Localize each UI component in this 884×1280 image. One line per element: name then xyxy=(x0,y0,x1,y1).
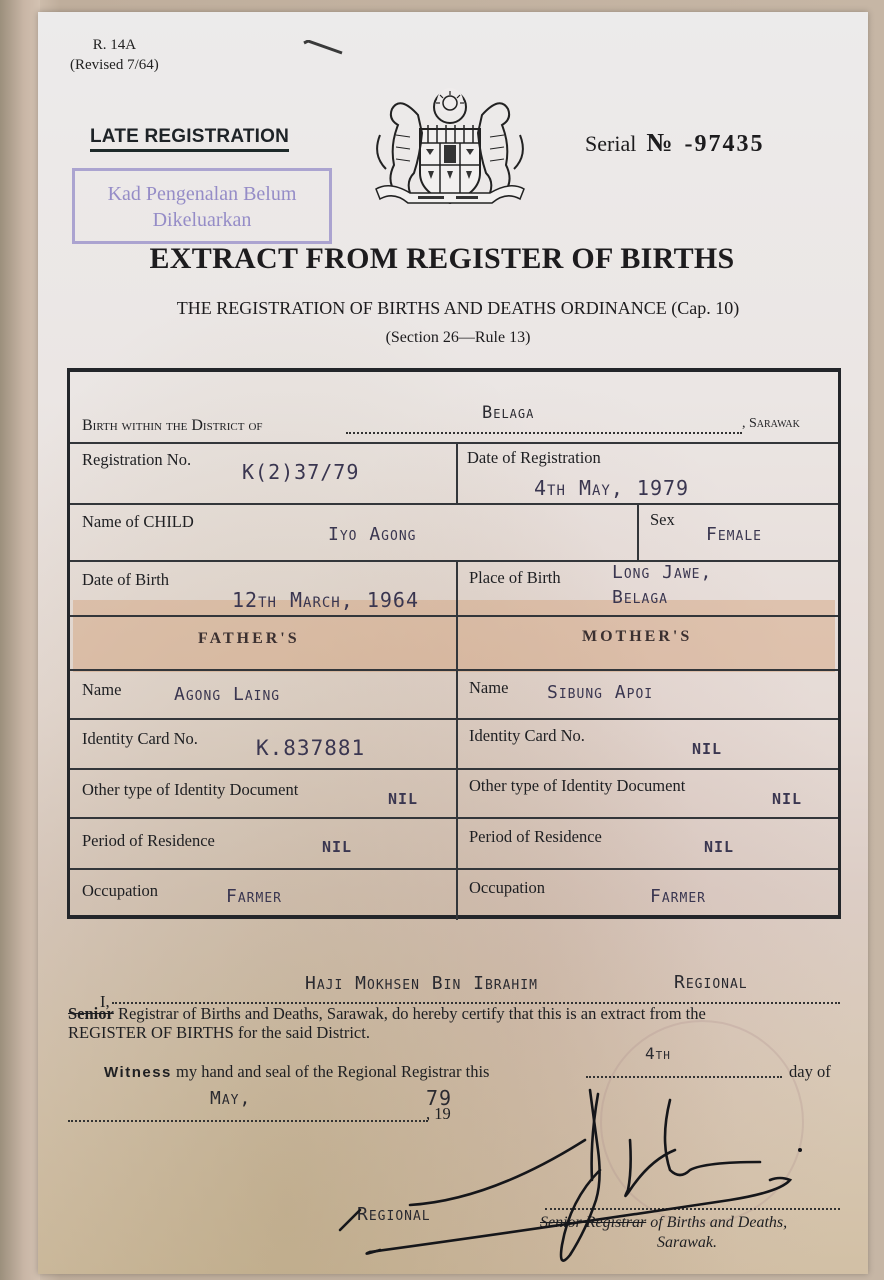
father-section-header: FATHER'S xyxy=(198,630,300,648)
place-of-birth-line1: Long Jawe, xyxy=(612,562,712,583)
mother-other-doc-label: Other type of Identity Document xyxy=(469,776,685,796)
row-divider xyxy=(70,560,838,562)
form-code: R. 14A xyxy=(70,35,159,55)
registrar-name: Haji Mokhsen Bin Ibrahim xyxy=(305,973,538,994)
place-of-birth-line2: Belaga xyxy=(612,587,668,608)
mother-ic-value: NIL xyxy=(692,740,722,758)
day-dotted-line xyxy=(586,1076,782,1078)
father-ic-value: K.837881 xyxy=(256,736,365,760)
sex-label: Sex xyxy=(650,510,675,530)
serial-number-block: Serial№-97435 xyxy=(585,128,764,158)
registration-no-label: Registration No. xyxy=(82,450,191,470)
form-code-block: R. 14A (Revised 7/64) xyxy=(70,35,159,75)
stamp-line-1: Kad Pengenalan Belum xyxy=(75,181,329,207)
column-divider xyxy=(456,560,458,920)
child-name-label: Name of CHILD xyxy=(82,512,194,532)
stamp-line-2: Dikeluarkan xyxy=(75,207,329,233)
certification-text: Senior Registrar of Births and Deaths, S… xyxy=(68,1004,848,1042)
day-value: 4th xyxy=(645,1044,671,1063)
district-label: Birth within the District of xyxy=(82,417,263,435)
registrar-title-typed: Regional xyxy=(674,972,748,993)
registrar-signature-icon xyxy=(330,1080,830,1270)
month-value: May, xyxy=(210,1088,251,1109)
struck-senior-word: Senior xyxy=(68,1004,114,1023)
father-name-label: Name xyxy=(82,680,121,700)
father-ic-label: Identity Card No. xyxy=(82,729,198,749)
mother-name-value: Sibung Apoi xyxy=(547,682,653,703)
child-name-value: Iyo Agong xyxy=(328,524,416,545)
certification-text-1: Registrar of Births and Deaths, Sarawak,… xyxy=(114,1004,706,1023)
day-of-label: day of xyxy=(789,1062,831,1081)
mother-residence-value: NIL xyxy=(704,838,734,856)
father-other-doc-label: Other type of Identity Document xyxy=(82,780,298,800)
section-reference: (Section 26—Rule 13) xyxy=(0,329,884,347)
witness-label: Witness xyxy=(104,1064,172,1081)
date-of-registration-label: Date of Registration xyxy=(467,448,601,468)
certification-text-2: REGISTER OF BIRTHS for the said District… xyxy=(68,1023,370,1042)
registration-no-value: K(2)37/79 xyxy=(242,460,359,484)
mother-occupation-label: Occupation xyxy=(469,878,545,898)
column-divider xyxy=(456,444,458,503)
date-of-birth-label: Date of Birth xyxy=(82,570,169,590)
serial-number: -97435 xyxy=(684,131,764,157)
father-name-value: Agong Laing xyxy=(174,684,280,705)
date-of-birth-value: 12th March, 1964 xyxy=(232,588,419,612)
row-divider xyxy=(70,868,838,870)
ordinance-subtitle: THE REGISTRATION OF BIRTHS AND DEATHS OR… xyxy=(0,298,884,319)
document-title: EXTRACT FROM REGISTER OF BIRTHS xyxy=(0,242,884,276)
father-residence-value: NIL xyxy=(322,838,352,856)
mother-ic-label: Identity Card No. xyxy=(469,726,585,746)
register-table: Birth within the District of Belaga , Sa… xyxy=(67,368,841,919)
father-occupation-label: Occupation xyxy=(82,881,158,901)
date-of-registration-value: 4th May, 1979 xyxy=(534,476,689,500)
left-edge-strip xyxy=(0,0,40,1280)
identity-card-stamp: Kad Pengenalan Belum Dikeluarkan xyxy=(72,168,332,244)
mother-section-header: MOTHER'S xyxy=(582,628,692,646)
mother-name-label: Name xyxy=(469,678,508,698)
father-residence-label: Period of Residence xyxy=(82,831,215,851)
place-of-birth-label: Place of Birth xyxy=(469,568,561,588)
staple-mark xyxy=(302,40,346,54)
witness-line: Witness my hand and seal of the Regional… xyxy=(104,1062,489,1082)
mother-residence-label: Period of Residence xyxy=(469,827,602,847)
row-divider xyxy=(70,817,838,819)
district-value: Belaga xyxy=(482,403,534,423)
paper-stain xyxy=(73,600,835,672)
form-revision: (Revised 7/64) xyxy=(70,55,159,75)
row-divider xyxy=(70,768,838,770)
row-divider xyxy=(70,615,838,617)
row-divider xyxy=(70,718,838,720)
row-divider xyxy=(70,503,838,505)
district-dotted-line xyxy=(346,432,742,434)
row-divider xyxy=(70,442,838,444)
late-registration-heading: LATE REGISTRATION xyxy=(90,126,289,152)
state-label: , Sarawak xyxy=(742,416,800,432)
column-divider xyxy=(637,503,639,560)
serial-label: Serial xyxy=(585,131,636,156)
coat-of-arms-icon xyxy=(370,85,530,215)
row-divider xyxy=(70,669,838,671)
mother-other-doc-value: NIL xyxy=(772,790,802,808)
serial-no-symbol: № xyxy=(646,128,672,157)
mother-occupation-value: Farmer xyxy=(650,886,706,907)
sex-value: Female xyxy=(706,524,762,545)
father-occupation-value: Farmer xyxy=(226,886,282,907)
father-other-doc-value: NIL xyxy=(388,790,418,808)
witness-text: my hand and seal of the Regional Registr… xyxy=(172,1062,490,1081)
